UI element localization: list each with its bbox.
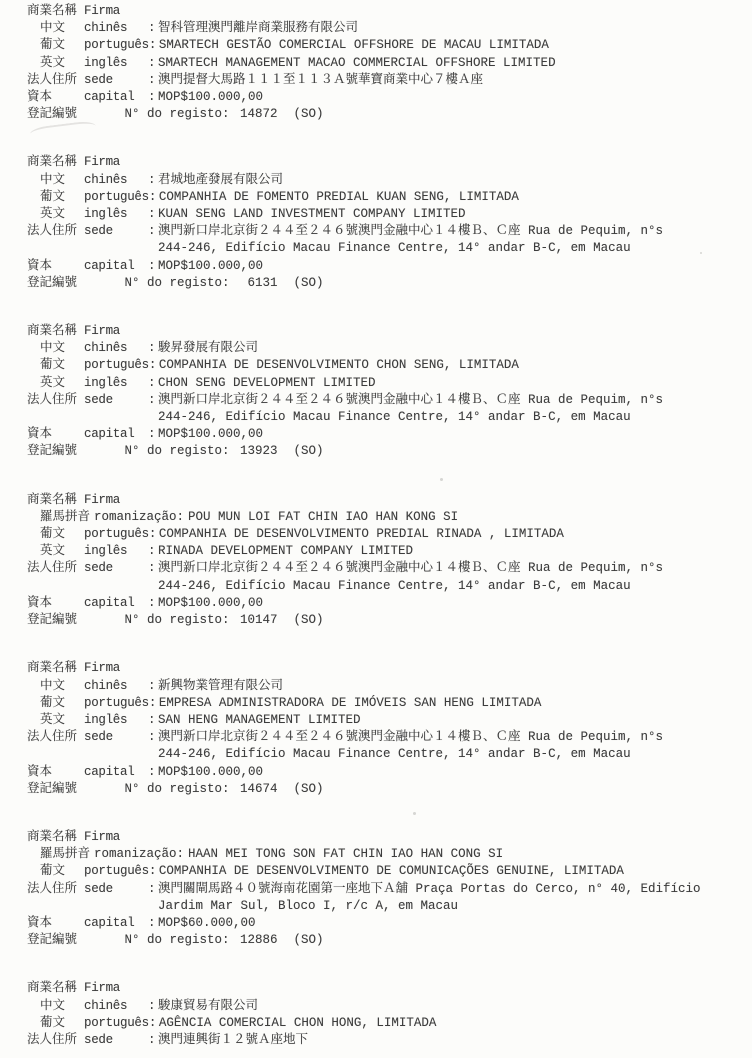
- field-row-português: 葡文português:COMPANHIA DE DESENVOLVIMENTO…: [0, 863, 752, 880]
- field-label-pt: sede: [84, 729, 148, 746]
- registry-label-zh: 登記編號: [27, 613, 77, 627]
- field-separator: :: [148, 998, 158, 1015]
- field-label-pt: romanização:: [94, 847, 184, 861]
- field-label-zh: 葡文: [40, 863, 84, 880]
- registry-row: 登記編號 N° do registo:13923(SO): [27, 443, 752, 460]
- field-value: COMPANHIA DE DESENVOLVIMENTO DE COMUNICA…: [159, 863, 721, 880]
- field-label-pt: capital: [84, 915, 148, 932]
- field-label-pt: sede: [84, 560, 148, 577]
- scan-speck-artifact: [440, 478, 443, 481]
- registry-suffix: (SO): [294, 275, 324, 292]
- record-header-row: 商業名稱Firma: [0, 660, 752, 677]
- field-value: 君城地產發展有限公司: [158, 172, 720, 189]
- field-label-pt: capital: [84, 258, 148, 275]
- field-value: 駿昇發展有限公司: [158, 340, 720, 357]
- record-header-row: 商業名稱Firma: [0, 154, 752, 171]
- field-value-line: 澳門提督大馬路１１１至１１３Ａ號華寶商業中心７樓Ａ座: [158, 73, 483, 87]
- field-row-inglês: 英文inglês:SMARTECH MANAGEMENT MACAO COMME…: [0, 55, 752, 72]
- field-label-zh: 葡文: [40, 357, 84, 374]
- field-separator: :: [149, 863, 159, 880]
- field-value-line: MOP$60.000,00: [158, 916, 256, 930]
- field-label-zh: 英文: [40, 206, 84, 223]
- field-row-português: 葡文português:COMPANHIA DE DESENVOLVIMENTO…: [0, 526, 752, 543]
- registry-number: 13923: [240, 443, 278, 460]
- field-label-pt: português: [84, 695, 149, 712]
- field-value-line: 智科管理澳門離岸商業服務有限公司: [158, 21, 358, 35]
- registry-suffix: (SO): [294, 443, 324, 460]
- field-separator: :: [148, 206, 158, 223]
- field-label-zh: 羅馬拼音: [40, 510, 90, 524]
- field-label-zh: 法人住所: [27, 729, 84, 746]
- field-label-pt: chinês: [84, 172, 148, 189]
- field-separator: :: [149, 526, 159, 543]
- field-value: 智科管理澳門離岸商業服務有限公司: [158, 20, 720, 37]
- field-value: HAAN MEI TONG SON FAT CHIN IAO HAN CONG …: [188, 847, 503, 861]
- field-value-line: 駿昇發展有限公司: [158, 341, 258, 355]
- registry-suffix: (SO): [294, 781, 324, 798]
- field-separator: :: [148, 729, 158, 746]
- field-label-pt: chinês: [84, 998, 148, 1015]
- field-label-zh: 法人住所: [27, 881, 84, 898]
- field-label-pt: capital: [84, 764, 148, 781]
- field-label-zh: 資本: [27, 595, 84, 612]
- field-value-line: MOP$100.000,00: [158, 427, 263, 441]
- field-value: MOP$100.000,00: [158, 764, 720, 781]
- field-label-pt: português: [84, 1015, 149, 1032]
- field-value-line: KUAN SENG LAND INVESTMENT COMPANY LIMITE…: [158, 207, 466, 221]
- field-value-line: Jardim Mar Sul, Bloco I, r/c A, em Macau: [158, 899, 458, 913]
- record-header-label-pt: Firma: [84, 829, 148, 846]
- field-value: POU MUN LOI FAT CHIN IAO HAN KONG SI: [188, 510, 458, 524]
- field-value-line: AGÊNCIA COMERCIAL CHON HONG, LIMITADA: [159, 1016, 437, 1030]
- record-header-row: 商業名稱Firma: [0, 323, 752, 340]
- registry-label-zh: 登記編號: [27, 107, 77, 121]
- field-value-line: 澳門關閘馬路４０號海南花園第一座地下Ａ舖 Praça Portas do Cer…: [158, 882, 701, 896]
- field-separator: :: [148, 595, 158, 612]
- field-label-zh: 羅馬拼音: [40, 847, 90, 861]
- company-record: 商業名稱Firma中文chinês:新興物業管理有限公司葡文português:…: [0, 660, 752, 798]
- field-separator: :: [148, 764, 158, 781]
- field-label-pt: capital: [84, 89, 148, 106]
- registry-number: 14674: [240, 781, 278, 798]
- field-value-line: CHON SENG DEVELOPMENT LIMITED: [158, 376, 376, 390]
- field-row-capital: 資本capital:MOP$100.000,00: [0, 764, 752, 781]
- field-value-line: COMPANHIA DE FOMENTO PREDIAL KUAN SENG, …: [159, 190, 519, 204]
- field-separator: :: [148, 89, 158, 106]
- field-label-pt: sede: [84, 881, 148, 898]
- field-value: KUAN SENG LAND INVESTMENT COMPANY LIMITE…: [158, 206, 720, 223]
- field-separator: :: [148, 223, 158, 240]
- field-label-pt: sede: [84, 72, 148, 89]
- registry-label-pt: N° do registo:: [117, 276, 230, 290]
- record-header-label-pt: Firma: [84, 154, 148, 171]
- field-row-inglês: 英文inglês:KUAN SENG LAND INVESTMENT COMPA…: [0, 206, 752, 223]
- field-row-português: 葡文português:EMPRESA ADMINISTRADORA DE IM…: [0, 695, 752, 712]
- field-separator: :: [148, 426, 158, 443]
- field-label-zh: 葡文: [40, 695, 84, 712]
- field-row-chinês: 中文chinês:智科管理澳門離岸商業服務有限公司: [0, 20, 752, 37]
- field-label-pt: inglês: [84, 712, 148, 729]
- field-value-line: 澳門新口岸北京街２４４至２４６號澳門金融中心１４樓Ｂ、Ｃ座 Rua de Peq…: [158, 393, 663, 407]
- field-value-line: 澳門新口岸北京街２４４至２４６號澳門金融中心１４樓Ｂ、Ｃ座 Rua de Peq…: [158, 730, 663, 744]
- field-value-line: 244-246, Edifício Macau Finance Centre, …: [158, 747, 631, 761]
- field-value: MOP$60.000,00: [158, 915, 720, 932]
- field-row-sede: 法人住所sede:澳門新口岸北京街２４４至２４６號澳門金融中心１４樓Ｂ、Ｃ座 R…: [0, 223, 752, 257]
- field-value-line: 澳門新口岸北京街２４４至２４６號澳門金融中心１４樓Ｂ、Ｃ座 Rua de Peq…: [158, 561, 663, 575]
- registry-number: 10147: [240, 612, 278, 629]
- field-row-inglês: 英文inglês:CHON SENG DEVELOPMENT LIMITED: [0, 375, 752, 392]
- field-label-pt: português: [84, 357, 149, 374]
- field-label-zh: 中文: [40, 340, 84, 357]
- field-separator: :: [149, 357, 159, 374]
- field-separator: :: [148, 560, 158, 577]
- field-value: 澳門連興街１２號Ａ座地下: [158, 1032, 720, 1049]
- field-separator: :: [148, 375, 158, 392]
- field-value: EMPRESA ADMINISTRADORA DE IMÓVEIS SAN HE…: [159, 695, 721, 712]
- field-row-capital: 資本capital:MOP$100.000,00: [0, 258, 752, 275]
- field-label-zh: 中文: [40, 678, 84, 695]
- company-record: 商業名稱Firma羅馬拼音romanização:POU MUN LOI FAT…: [0, 492, 752, 630]
- company-record: 商業名稱Firma中文chinês:駿康貿易有限公司葡文português:AG…: [0, 980, 752, 1049]
- field-value-line: COMPANHIA DE DESENVOLVIMENTO CHON SENG, …: [159, 358, 519, 372]
- field-value-line: EMPRESA ADMINISTRADORA DE IMÓVEIS SAN HE…: [159, 696, 542, 710]
- company-record: 商業名稱Firma羅馬拼音romanização:HAAN MEI TONG S…: [0, 829, 752, 949]
- field-label-pt: português: [84, 863, 149, 880]
- record-header-label-pt: Firma: [84, 660, 148, 677]
- field-label-zh: 英文: [40, 375, 84, 392]
- field-label-pt: inglês: [84, 375, 148, 392]
- field-row-sede: 法人住所sede:澳門新口岸北京街２４４至２４６號澳門金融中心１４樓Ｂ、Ｃ座 R…: [0, 560, 752, 594]
- field-separator: :: [148, 258, 158, 275]
- field-row-chinês: 中文chinês:駿康貿易有限公司: [0, 998, 752, 1015]
- field-label-pt: inglês: [84, 543, 148, 560]
- field-row-português: 葡文português:AGÊNCIA COMERCIAL CHON HONG,…: [0, 1015, 752, 1032]
- field-row-romanization: 羅馬拼音romanização:HAAN MEI TONG SON FAT CH…: [40, 846, 752, 863]
- field-value: 駿康貿易有限公司: [158, 998, 720, 1015]
- field-label-zh: 資本: [27, 764, 84, 781]
- registry-row: 登記編號 N° do registo:12886(SO): [27, 932, 752, 949]
- field-value: 澳門提督大馬路１１１至１１３Ａ號華寶商業中心７樓Ａ座: [158, 72, 720, 89]
- field-row-sede: 法人住所sede:澳門提督大馬路１１１至１１３Ａ號華寶商業中心７樓Ａ座: [0, 72, 752, 89]
- registry-label-pt: N° do registo:: [117, 782, 230, 796]
- records-container: 商業名稱Firma中文chinês:智科管理澳門離岸商業服務有限公司葡文port…: [0, 3, 752, 1049]
- registry-suffix: (SO): [294, 612, 324, 629]
- scan-speck-artifact: [413, 812, 416, 815]
- field-label-pt: sede: [84, 392, 148, 409]
- field-label-pt: sede: [84, 223, 148, 240]
- record-header-label-zh: 商業名稱: [27, 3, 84, 20]
- field-value: 澳門新口岸北京街２４４至２４６號澳門金融中心１４樓Ｂ、Ｃ座 Rua de Peq…: [158, 729, 720, 763]
- field-label-zh: 英文: [40, 55, 84, 72]
- record-header-label-pt: Firma: [84, 980, 148, 997]
- field-row-chinês: 中文chinês:新興物業管理有限公司: [0, 678, 752, 695]
- field-value: 澳門新口岸北京街２４４至２４６號澳門金融中心１４樓Ｂ、Ｃ座 Rua de Peq…: [158, 223, 720, 257]
- registry-row: 登記編號 N° do registo:14872(SO): [27, 106, 752, 123]
- field-label-pt: português: [84, 189, 149, 206]
- field-value-line: 244-246, Edifício Macau Finance Centre, …: [158, 579, 631, 593]
- field-separator: :: [148, 678, 158, 695]
- field-label-zh: 法人住所: [27, 1032, 84, 1049]
- field-row-português: 葡文português:SMARTECH GESTÃO COMERCIAL OF…: [0, 37, 752, 54]
- field-value: COMPANHIA DE FOMENTO PREDIAL KUAN SENG, …: [159, 189, 721, 206]
- field-row-português: 葡文português:COMPANHIA DE DESENVOLVIMENTO…: [0, 357, 752, 374]
- field-row-capital: 資本capital:MOP$60.000,00: [0, 915, 752, 932]
- field-value: MOP$100.000,00: [158, 426, 720, 443]
- field-value: MOP$100.000,00: [158, 595, 720, 612]
- field-row-capital: 資本capital:MOP$100.000,00: [0, 595, 752, 612]
- field-label-zh: 資本: [27, 89, 84, 106]
- field-label-pt: chinês: [84, 340, 148, 357]
- field-value: SMARTECH GESTÃO COMERCIAL OFFSHORE DE MA…: [159, 37, 721, 54]
- company-record: 商業名稱Firma中文chinês:智科管理澳門離岸商業服務有限公司葡文port…: [0, 3, 752, 123]
- field-label-zh: 法人住所: [27, 223, 84, 240]
- field-row-sede: 法人住所sede:澳門連興街１２號Ａ座地下: [0, 1032, 752, 1049]
- registry-label-zh: 登記編號: [27, 276, 77, 290]
- field-value-line: COMPANHIA DE DESENVOLVIMENTO PREDIAL RIN…: [159, 527, 564, 541]
- field-separator: :: [149, 695, 159, 712]
- field-label-zh: 法人住所: [27, 560, 84, 577]
- field-value-line: 君城地產發展有限公司: [158, 173, 283, 187]
- field-separator: :: [148, 55, 158, 72]
- field-value-line: SAN HENG MANAGEMENT LIMITED: [158, 713, 361, 727]
- field-value-line: COMPANHIA DE DESENVOLVIMENTO DE COMUNICA…: [159, 864, 624, 878]
- field-row-capital: 資本capital:MOP$100.000,00: [0, 89, 752, 106]
- field-label-zh: 法人住所: [27, 392, 84, 409]
- registry-number: 6131: [240, 275, 278, 292]
- field-separator: :: [149, 189, 159, 206]
- field-label-zh: 葡文: [40, 189, 84, 206]
- company-record: 商業名稱Firma中文chinês:君城地產發展有限公司葡文português:…: [0, 154, 752, 292]
- field-separator: :: [148, 392, 158, 409]
- field-label-pt: capital: [84, 426, 148, 443]
- record-header-label-zh: 商業名稱: [27, 154, 84, 171]
- record-header-label-zh: 商業名稱: [27, 323, 84, 340]
- field-value-line: MOP$100.000,00: [158, 596, 263, 610]
- registry-number: 14872: [240, 106, 278, 123]
- field-separator: :: [148, 72, 158, 89]
- field-value: COMPANHIA DE DESENVOLVIMENTO PREDIAL RIN…: [159, 526, 721, 543]
- field-row-romanization: 羅馬拼音romanização:POU MUN LOI FAT CHIN IAO…: [40, 509, 752, 526]
- registry-suffix: (SO): [294, 106, 324, 123]
- record-header-label-zh: 商業名稱: [27, 492, 84, 509]
- field-row-sede: 法人住所sede:澳門新口岸北京街２４４至２４６號澳門金融中心１４樓Ｂ、Ｃ座 R…: [0, 392, 752, 426]
- field-separator: :: [148, 915, 158, 932]
- field-label-zh: 資本: [27, 426, 84, 443]
- record-header-label-pt: Firma: [84, 492, 148, 509]
- field-separator: :: [148, 881, 158, 898]
- field-value: 澳門新口岸北京街２４４至２４６號澳門金融中心１４樓Ｂ、Ｃ座 Rua de Peq…: [158, 392, 720, 426]
- record-header-row: 商業名稱Firma: [0, 980, 752, 997]
- record-header-label-pt: Firma: [84, 323, 148, 340]
- field-separator: :: [149, 37, 159, 54]
- document-page: 商業名稱Firma中文chinês:智科管理澳門離岸商業服務有限公司葡文port…: [0, 0, 752, 1058]
- record-header-label-pt: Firma: [84, 3, 148, 20]
- field-value-line: 駿康貿易有限公司: [158, 999, 258, 1013]
- field-label-pt: inglês: [84, 206, 148, 223]
- record-header-label-zh: 商業名稱: [27, 660, 84, 677]
- field-value: COMPANHIA DE DESENVOLVIMENTO CHON SENG, …: [159, 357, 721, 374]
- field-separator: :: [148, 340, 158, 357]
- field-value: AGÊNCIA COMERCIAL CHON HONG, LIMITADA: [159, 1015, 721, 1032]
- company-record: 商業名稱Firma中文chinês:駿昇發展有限公司葡文português:CO…: [0, 323, 752, 461]
- field-label-zh: 中文: [40, 172, 84, 189]
- field-value: SAN HENG MANAGEMENT LIMITED: [158, 712, 720, 729]
- field-label-zh: 葡文: [40, 37, 84, 54]
- field-separator: :: [148, 1032, 158, 1049]
- field-label-zh: 葡文: [40, 1015, 84, 1032]
- field-row-sede: 法人住所sede:澳門新口岸北京街２４４至２４６號澳門金融中心１４樓Ｂ、Ｃ座 R…: [0, 729, 752, 763]
- field-label-pt: português: [84, 37, 149, 54]
- record-header-label-zh: 商業名稱: [27, 829, 84, 846]
- field-label-pt: chinês: [84, 678, 148, 695]
- registry-label-zh: 登記編號: [27, 782, 77, 796]
- registry-row: 登記編號 N° do registo:6131(SO): [27, 275, 752, 292]
- registry-label-pt: N° do registo:: [117, 613, 230, 627]
- field-row-chinês: 中文chinês:君城地產發展有限公司: [0, 172, 752, 189]
- field-row-inglês: 英文inglês:SAN HENG MANAGEMENT LIMITED: [0, 712, 752, 729]
- field-label-zh: 英文: [40, 712, 84, 729]
- field-value: RINADA DEVELOPMENT COMPANY LIMITED: [158, 543, 720, 560]
- field-value-line: 244-246, Edifício Macau Finance Centre, …: [158, 241, 631, 255]
- field-value: SMARTECH MANAGEMENT MACAO COMMERCIAL OFF…: [158, 55, 720, 72]
- registry-label-zh: 登記編號: [27, 933, 77, 947]
- field-label-pt: inglês: [84, 55, 148, 72]
- record-header-row: 商業名稱Firma: [0, 829, 752, 846]
- field-value-line: 澳門新口岸北京街２４４至２４６號澳門金融中心１４樓Ｂ、Ｃ座 Rua de Peq…: [158, 224, 663, 238]
- field-label-zh: 英文: [40, 543, 84, 560]
- field-value-line: 澳門連興街１２號Ａ座地下: [158, 1033, 308, 1047]
- field-value-line: RINADA DEVELOPMENT COMPANY LIMITED: [158, 544, 413, 558]
- field-label-pt: sede: [84, 1032, 148, 1049]
- field-row-capital: 資本capital:MOP$100.000,00: [0, 426, 752, 443]
- field-value: 澳門關閘馬路４０號海南花園第一座地下Ａ舖 Praça Portas do Cer…: [158, 881, 720, 915]
- record-header-label-zh: 商業名稱: [27, 980, 84, 997]
- field-row-inglês: 英文inglês:RINADA DEVELOPMENT COMPANY LIMI…: [0, 543, 752, 560]
- field-value-line: MOP$100.000,00: [158, 765, 263, 779]
- field-label-zh: 資本: [27, 915, 84, 932]
- field-row-português: 葡文português:COMPANHIA DE FOMENTO PREDIAL…: [0, 189, 752, 206]
- field-value: MOP$100.000,00: [158, 89, 720, 106]
- record-header-row: 商業名稱Firma: [0, 492, 752, 509]
- field-value-line: MOP$100.000,00: [158, 259, 263, 273]
- registry-label-zh: 登記編號: [27, 444, 77, 458]
- field-row-sede: 法人住所sede:澳門關閘馬路４０號海南花園第一座地下Ａ舖 Praça Port…: [0, 881, 752, 915]
- registry-number: 12886: [240, 932, 278, 949]
- field-value-line: 新興物業管理有限公司: [158, 679, 283, 693]
- registry-suffix: (SO): [294, 932, 324, 949]
- field-value: 新興物業管理有限公司: [158, 678, 720, 695]
- field-separator: :: [148, 712, 158, 729]
- field-label-zh: 中文: [40, 20, 84, 37]
- field-label-pt: capital: [84, 595, 148, 612]
- field-value-line: 244-246, Edifício Macau Finance Centre, …: [158, 410, 631, 424]
- field-value: 澳門新口岸北京街２４４至２４６號澳門金融中心１４樓Ｂ、Ｃ座 Rua de Peq…: [158, 560, 720, 594]
- field-separator: :: [148, 20, 158, 37]
- registry-label-pt: N° do registo:: [117, 933, 230, 947]
- registry-label-pt: N° do registo:: [117, 107, 230, 121]
- field-label-zh: 葡文: [40, 526, 84, 543]
- field-value-line: SMARTECH MANAGEMENT MACAO COMMERCIAL OFF…: [158, 56, 556, 70]
- field-label-zh: 中文: [40, 998, 84, 1015]
- field-value: CHON SENG DEVELOPMENT LIMITED: [158, 375, 720, 392]
- registry-row: 登記編號 N° do registo:14674(SO): [27, 781, 752, 798]
- field-label-zh: 法人住所: [27, 72, 84, 89]
- registry-row: 登記編號 N° do registo:10147(SO): [27, 612, 752, 629]
- field-label-pt: chinês: [84, 20, 148, 37]
- registry-label-pt: N° do registo:: [117, 444, 230, 458]
- field-label-zh: 資本: [27, 258, 84, 275]
- field-label-pt: português: [84, 526, 149, 543]
- field-separator: :: [148, 543, 158, 560]
- field-label-pt: romanização:: [94, 510, 184, 524]
- field-row-chinês: 中文chinês:駿昇發展有限公司: [0, 340, 752, 357]
- field-value-line: SMARTECH GESTÃO COMERCIAL OFFSHORE DE MA…: [159, 38, 549, 52]
- field-value: MOP$100.000,00: [158, 258, 720, 275]
- scan-speck-artifact: [700, 252, 702, 254]
- record-header-row: 商業名稱Firma: [0, 3, 752, 20]
- field-separator: :: [149, 1015, 159, 1032]
- field-separator: :: [148, 172, 158, 189]
- field-value-line: MOP$100.000,00: [158, 90, 263, 104]
